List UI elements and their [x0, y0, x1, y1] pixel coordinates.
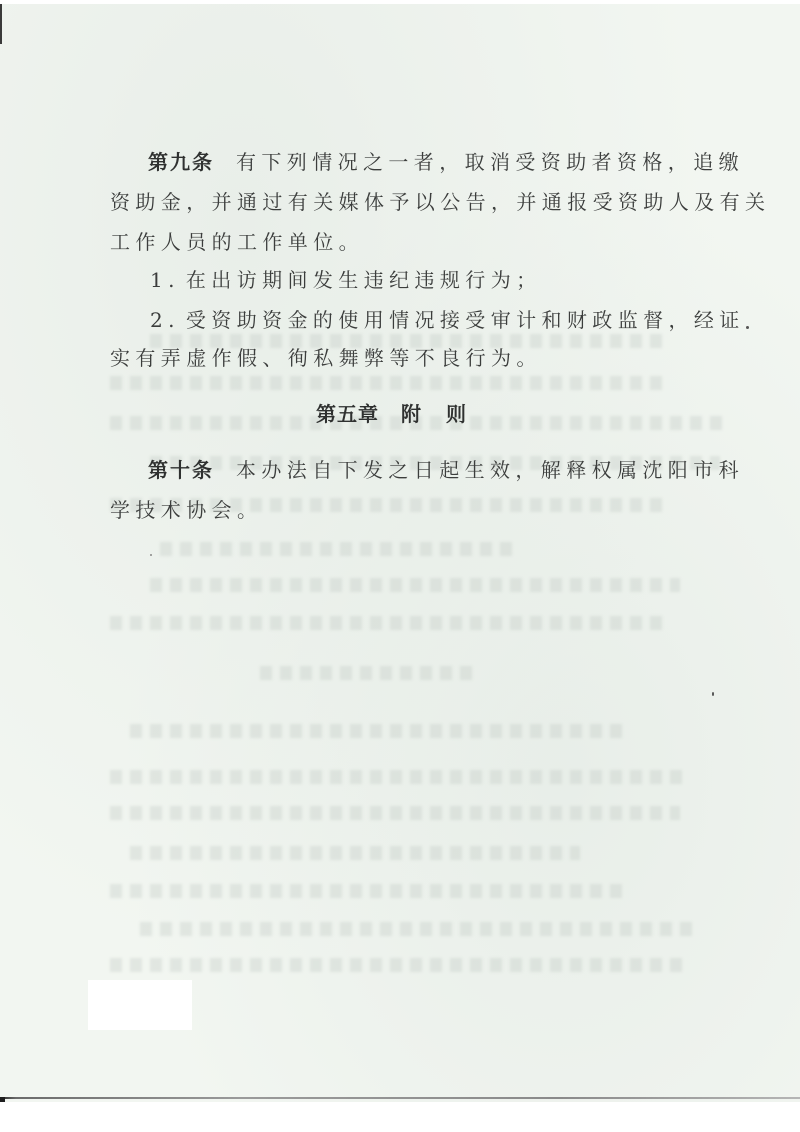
article-10-first-line: 第十条本办法自下发之日起生效，解释权属沈阳市科: [148, 458, 744, 482]
chapter-5-title-char-1: 附: [401, 402, 422, 426]
chapter-5-title-char-2: 则: [446, 402, 467, 426]
bleed-line: [110, 806, 680, 820]
scanned-page: 第九条有下列情况之一者，取消受资助者资格，追缴 资助金，并通过有关媒体予以公告，…: [0, 4, 800, 1102]
list-item-1: 1.在出访期间发生违纪违规行为；: [150, 268, 542, 292]
list-item-2-continuation: 实有弄虚作假、徇私舞弊等不良行为。: [110, 346, 542, 370]
bleed-line: [110, 884, 630, 898]
list-item-1-text: 在出访期间发生违纪违规行为；: [186, 268, 542, 292]
article-10-text-line-2: 学技术协会。: [110, 498, 262, 522]
bleed-line: [110, 958, 690, 972]
redaction-box: [88, 980, 192, 1030]
article-9-first-line: 第九条有下列情况之一者，取消受资助者资格，追缴: [148, 150, 744, 174]
article-10-text-line-1: 本办法自下发之日起生效，解释权属沈阳市科: [236, 458, 744, 482]
scan-edge-left: [0, 4, 2, 44]
bleed-line: [110, 376, 670, 390]
bleed-line: [140, 922, 700, 936]
scan-corner-mark: [0, 1097, 5, 1102]
bleed-line: [150, 578, 680, 592]
scan-speck: [150, 554, 152, 556]
bleed-line: [160, 542, 520, 556]
list-item-2: 2.受资助资金的使用情况接受审计和财政监督，经证: [150, 308, 745, 332]
chapter-5-heading: 第五章附则: [316, 402, 467, 426]
scan-speck: [712, 692, 714, 696]
bleed-line: [110, 770, 690, 784]
scan-edge-bottom: [0, 1097, 800, 1099]
article-9-text-line-3: 工作人员的工作单位。: [110, 230, 364, 254]
list-item-2-text: 受资助资金的使用情况接受审计和财政监督，经证: [186, 308, 745, 332]
scan-speck: [746, 326, 749, 329]
article-10-label: 第十条: [148, 458, 214, 482]
article-9-text-line-2: 资助金，并通过有关媒体予以公告，并通报受资助人及有关: [110, 190, 770, 214]
list-item-2-number: 2.: [150, 308, 180, 332]
bleed-line: [260, 666, 480, 680]
article-9-label: 第九条: [148, 150, 214, 174]
bleed-line: [130, 846, 580, 860]
bleed-line: [110, 616, 670, 630]
bleed-line: [130, 724, 630, 738]
article-9-text-line-1: 有下列情况之一者，取消受资助者资格，追缴: [236, 150, 744, 174]
list-item-1-number: 1.: [150, 268, 180, 292]
chapter-5-number: 第五章: [316, 402, 379, 426]
